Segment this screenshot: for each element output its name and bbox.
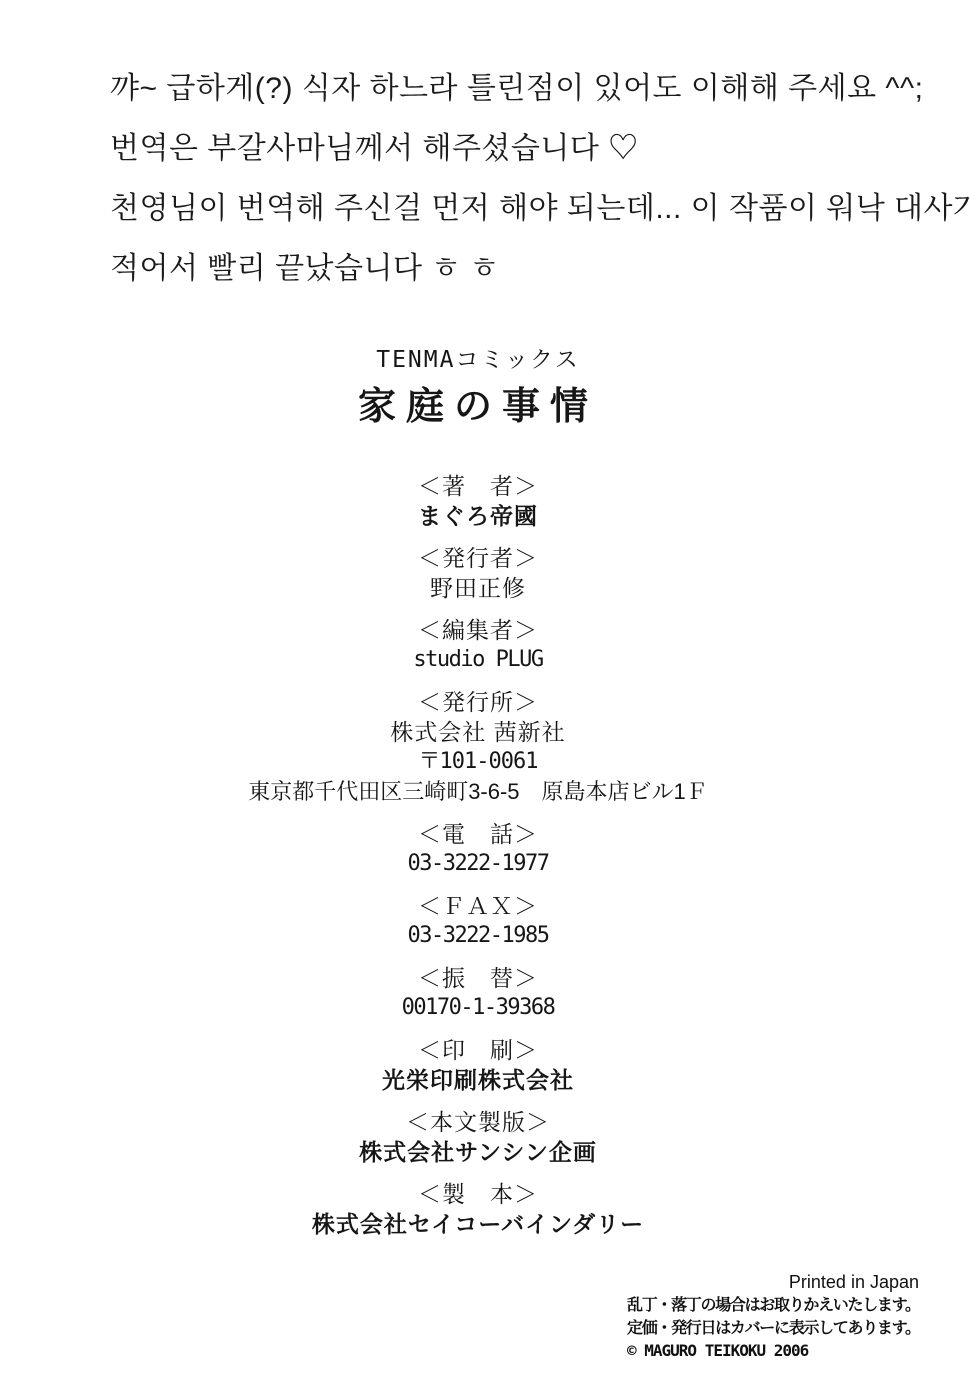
colophon-label: ＜製 本＞ <box>0 1179 956 1209</box>
colophon-value: 株式会社サンシン企画 <box>0 1137 956 1167</box>
colophon-label: ＜振 替＞ <box>0 963 956 993</box>
translator-note-line: 꺄~ 급하게(?) 식자 하느라 틀린점이 있어도 이해해 주세요 ^^; <box>110 59 930 119</box>
return-policy-notice: 乱丁・落丁の場合はお取りかえいたします。 <box>627 1294 925 1317</box>
colophon-value: 株式会社 茜新社 <box>0 717 956 747</box>
colophon-value: 03-3222-1977 <box>0 849 956 879</box>
colophon-entry-plate-making: ＜本文製版＞ 株式会社サンシン企画 <box>0 1107 956 1167</box>
colophon-label: ＜編集者＞ <box>0 615 956 645</box>
colophon-label: ＜印 刷＞ <box>0 1035 956 1065</box>
publisher-address: 東京都千代田区三崎町3-6-5 原島本店ビル1Ｆ <box>0 777 956 807</box>
colophon-entry-postal-transfer: ＜振 替＞ 00170-1-39368 <box>0 963 956 1023</box>
translator-notes: 꺄~ 급하게(?) 식자 하느라 틀린점이 있어도 이해해 주세요 ^^; 번역… <box>110 59 930 299</box>
colophon-value: 光栄印刷株式会社 <box>0 1065 956 1095</box>
copyright-line: © MAGURO TEIKOKU 2006 <box>627 1340 925 1362</box>
colophon-entry-telephone: ＜電 話＞ 03-3222-1977 <box>0 819 956 879</box>
colophon-value: 野田正修 <box>0 573 956 603</box>
colophon-label: ＜発行者＞ <box>0 543 956 573</box>
colophon-entry-editor: ＜編集者＞ studio PLUG <box>0 615 956 675</box>
footer-notices: Printed in Japan 乱丁・落丁の場合はお取りかえいたします。 定価… <box>627 1270 925 1362</box>
translator-note-line: 천영님이 번역해 주신걸 먼저 해야 되는데... 이 작품이 워낙 대사가 <box>110 179 930 239</box>
translator-note-line: 적어서 빨리 끝났습니다 ㅎ ㅎ <box>110 239 930 299</box>
colophon-entry-publisher-company: ＜発行所＞ 株式会社 茜新社 〒101-0061 東京都千代田区三崎町3-6-5… <box>0 687 956 807</box>
colophon-entry-fax: ＜ＦＡＸ＞ 03-3222-1985 <box>0 891 956 951</box>
colophon-entry-author: ＜著 者＞ まぐろ帝國 <box>0 471 956 531</box>
series-label: TENMAコミックス <box>0 345 956 375</box>
colophon-value: studio PLUG <box>0 645 956 675</box>
book-title: 家庭の事情 <box>0 383 956 431</box>
colophon-value: 03-3222-1985 <box>0 921 956 951</box>
colophon-label: ＜電 話＞ <box>0 819 956 849</box>
colophon-entry-printing: ＜印 刷＞ 光栄印刷株式会社 <box>0 1035 956 1095</box>
printed-in-japan: Printed in Japan <box>627 1270 925 1294</box>
colophon-value: 株式会社セイコーバインダリー <box>0 1209 956 1239</box>
colophon-label: ＜著 者＞ <box>0 471 956 501</box>
colophon-label: ＜本文製版＞ <box>0 1107 956 1137</box>
colophon-label: ＜発行所＞ <box>0 687 956 717</box>
colophon-value: まぐろ帝國 <box>0 501 956 531</box>
colophon-entry-binding: ＜製 本＞ 株式会社セイコーバインダリー <box>0 1179 956 1239</box>
publication-info: TENMAコミックス 家庭の事情 ＜著 者＞ まぐろ帝國 ＜発行者＞ 野田正修 … <box>0 345 956 1239</box>
colophon-label: ＜ＦＡＸ＞ <box>0 891 956 921</box>
translator-note-line: 번역은 부갈사마님께서 해주셨습니다 ♡ <box>110 119 930 179</box>
price-display-notice: 定価・発行日はカバーに表示してあります。 <box>627 1317 925 1340</box>
colophon-value: 00170-1-39368 <box>0 993 956 1023</box>
colophon-entry-publisher-person: ＜発行者＞ 野田正修 <box>0 543 956 603</box>
colophon-page: 꺄~ 급하게(?) 식자 하느라 틀린점이 있어도 이해해 주세요 ^^; 번역… <box>0 0 970 1400</box>
publisher-postal-code: 〒101-0061 <box>0 747 956 777</box>
